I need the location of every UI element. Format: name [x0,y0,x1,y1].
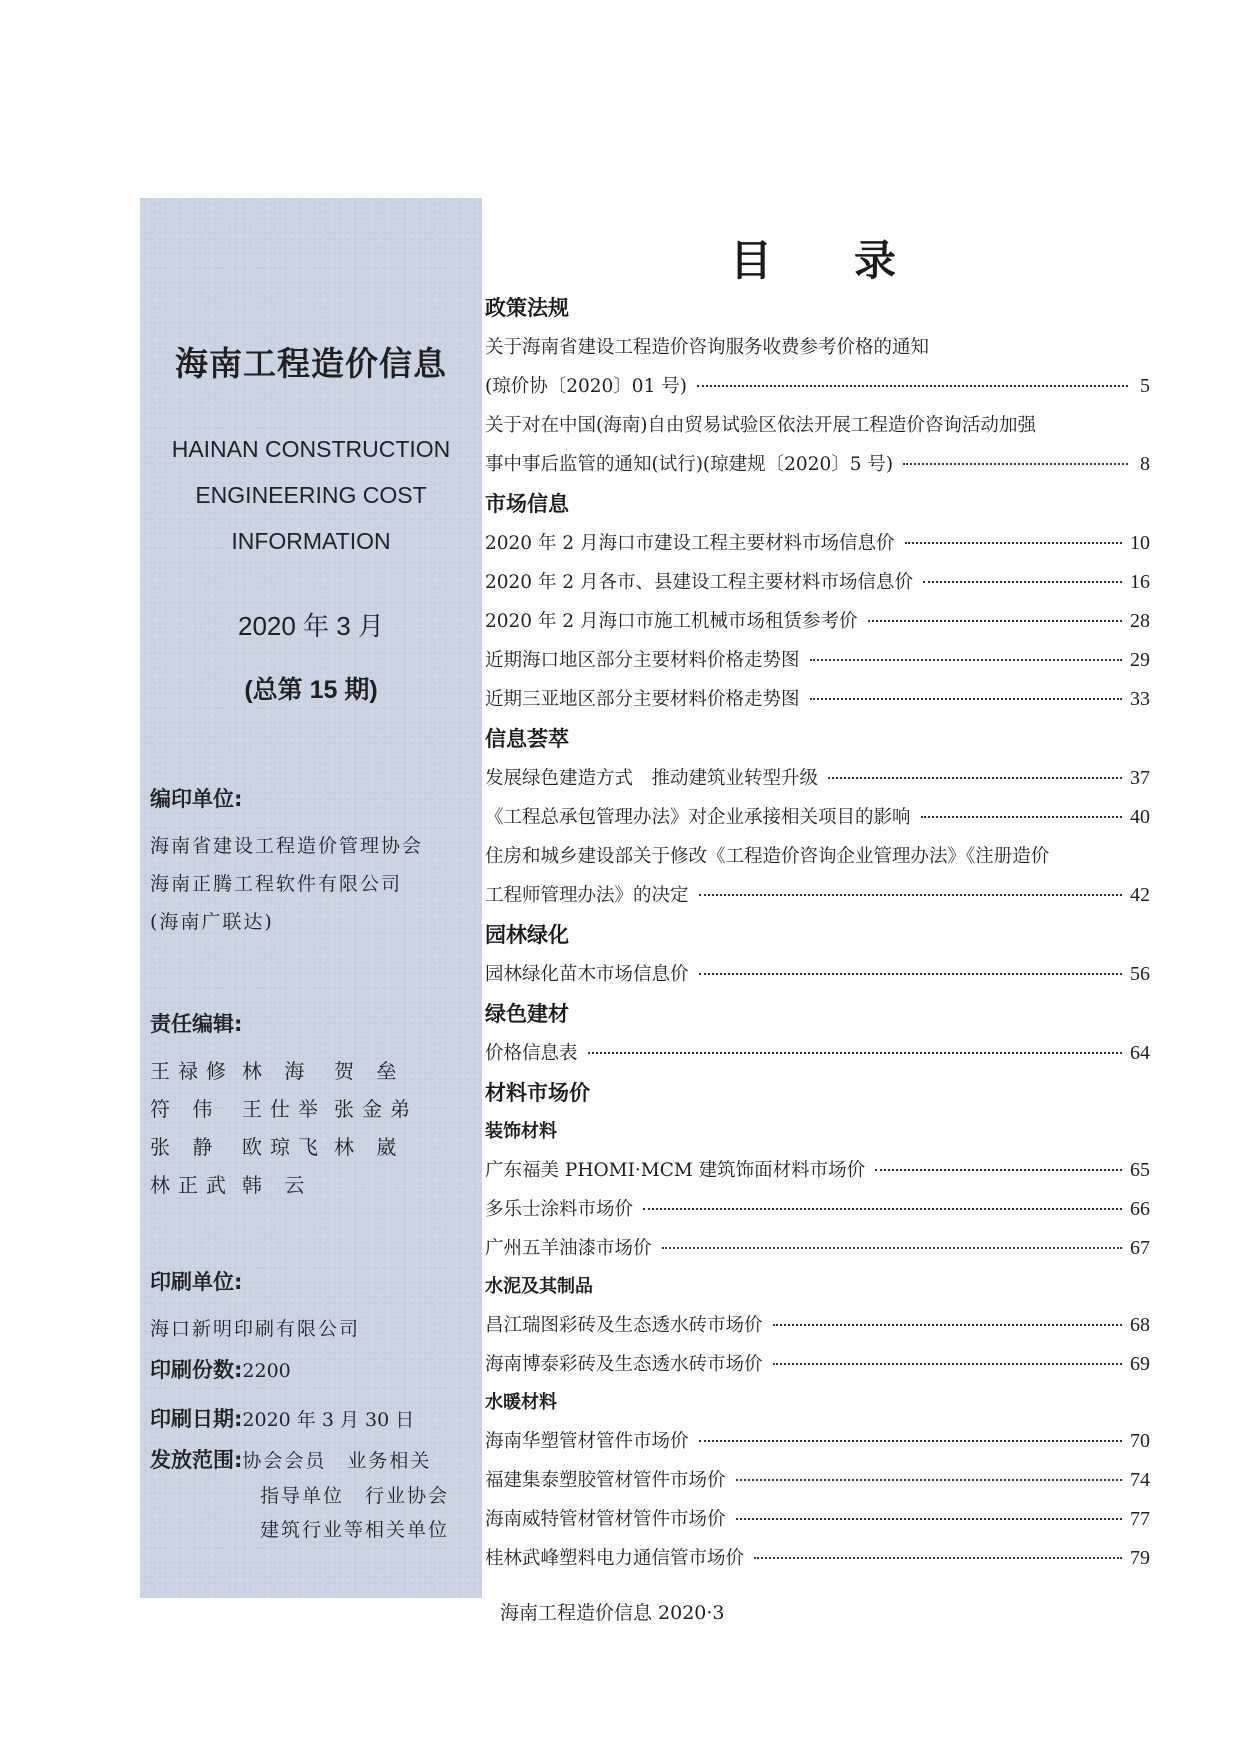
publisher-line: 海南省建设工程造价管理协会 [150,827,476,865]
page-number: 5 [1136,367,1150,406]
page-number: 37 [1130,759,1150,798]
toc-entry-title: 《工程总承包管理办法》对企业承接相关项目的影响 [485,798,911,837]
toc-entry[interactable]: 2020 年 2 月海口市施工机械市场租赁参考价 28 [485,602,1150,641]
page-number: 77 [1130,1500,1150,1539]
toc-entry-title: 海南威特管材管材管件市场价 [485,1500,726,1539]
toc-entry-title: 广州五羊油漆市场价 [485,1229,652,1268]
section-heading: 绿色建材 [485,994,1150,1034]
section-heading: 园林绿化 [485,915,1150,955]
distribution-line: 协会会员 业务相关 [242,1450,431,1472]
editors-label: 责任编辑: [150,1008,476,1038]
toc-entry-title: 2020 年 2 月各市、县建设工程主要材料市场信息价 [485,563,913,602]
editor-names: 王禄修 林 海 贺 垒 符 伟 王仕举 张金弟 张 静 欧琼飞 林 崴 林正武 … [150,1052,476,1204]
toc-entry[interactable]: 近期三亚地区部分主要材料价格走势图 33 [485,680,1150,719]
distribution-label: 发放范围: [150,1448,242,1472]
magazine-title-en: HAINAN CONSTRUCTION ENGINEERING COST INF… [140,426,482,564]
dot-leader [868,620,1123,622]
page-number: 67 [1130,1229,1150,1268]
page-footer: 海南工程造价信息 2020·3 [500,1598,725,1625]
title-en-line: HAINAN CONSTRUCTION [140,426,482,472]
copies-label: 印刷份数: [150,1358,242,1382]
subsection-heading: 装饰材料 [485,1113,1150,1151]
page-number: 42 [1130,876,1150,915]
page-number: 74 [1130,1461,1150,1500]
toc-entry-title: 近期三亚地区部分主要材料价格走势图 [485,680,800,719]
page-number: 10 [1130,524,1150,563]
dot-leader [736,1518,1122,1520]
toc-entry-title: 事中事后监管的通知(试行)(琼建规〔2020〕5 号) [485,445,893,484]
toc-page: 海南工程造价信息 HAINAN CONSTRUCTION ENGINEERING… [0,0,1240,1753]
toc-entry[interactable]: 海南华塑管材管件市场价 70 [485,1422,1150,1461]
printer-label: 印刷单位: [150,1266,476,1296]
editor-name: 林 海 [242,1052,334,1090]
subsection-heading: 水暖材料 [485,1384,1150,1422]
toc-entry-title: 2020 年 2 月海口市施工机械市场租赁参考价 [485,602,858,641]
page-number: 65 [1130,1151,1150,1190]
page-number: 56 [1130,955,1150,994]
toc-entry-title: 多乐士涂料市场价 [485,1190,633,1229]
section-heading: 材料市场价 [485,1073,1150,1113]
toc-entry[interactable]: 《工程总承包管理办法》对企业承接相关项目的影响 40 [485,798,1150,837]
toc-entry-line[interactable]: 关于对在中国(海南)自由贸易试验区依法开展工程造价咨询活动加强 [485,406,1150,445]
toc-entry[interactable]: 海南威特管材管材管件市场价 77 [485,1500,1150,1539]
toc-entry-title: 福建集泰塑胶管材管件市场价 [485,1461,726,1500]
dot-leader [828,777,1122,779]
toc-title: 目录 [730,228,978,288]
subsection-heading: 水泥及其制品 [485,1268,1150,1306]
printer-name: 海口新明印刷有限公司 [150,1310,476,1348]
page-number: 29 [1130,641,1150,680]
editors-block: 责任编辑: 王禄修 林 海 贺 垒 符 伟 王仕举 张金弟 张 静 欧琼飞 林 … [150,1008,476,1204]
toc-entry[interactable]: 昌江瑞图彩砖及生态透水砖市场价 68 [485,1306,1150,1345]
toc-entry-title: 价格信息表 [485,1034,578,1073]
editor-name: 欧琼飞 [242,1128,334,1166]
toc-entry[interactable]: 广州五羊油漆市场价 67 [485,1229,1150,1268]
dot-leader [905,542,1123,544]
editor-name: 符 伟 [150,1090,242,1128]
toc-entry[interactable]: 海南博泰彩砖及生态透水砖市场价 69 [485,1345,1150,1384]
issue-date: 2020 年 3 月 [140,606,482,643]
print-date-label: 印刷日期: [150,1407,242,1431]
toc-entry-title: 近期海口地区部分主要材料价格走势图 [485,641,800,680]
dot-leader [903,463,1128,465]
dot-leader [773,1324,1122,1326]
title-en-line: INFORMATION [140,518,482,564]
publisher-line: (海南广联达) [150,903,476,941]
editor-name: 林 崴 [334,1128,426,1166]
publisher-block: 编印单位: 海南省建设工程造价管理协会 海南正腾工程软件有限公司 (海南广联达) [150,783,476,941]
toc-entry[interactable]: 园林绿化苗木市场信息价 56 [485,955,1150,994]
masthead-panel: 海南工程造价信息 HAINAN CONSTRUCTION ENGINEERING… [140,198,482,1598]
distribution-line: 指导单位 行业协会 [150,1479,476,1513]
magazine-title-cn: 海南工程造价信息 [140,338,482,385]
dot-leader [810,698,1122,700]
toc-entry[interactable]: 2020 年 2 月各市、县建设工程主要材料市场信息价 16 [485,563,1150,602]
toc-entry-title: 海南博泰彩砖及生态透水砖市场价 [485,1345,763,1384]
page-number: 70 [1130,1422,1150,1461]
toc-entry-title: 园林绿化苗木市场信息价 [485,955,689,994]
page-number: 66 [1130,1190,1150,1229]
page-number: 64 [1130,1034,1150,1073]
toc-entry-line[interactable]: 关于海南省建设工程造价咨询服务收费参考价格的通知 [485,328,1150,367]
page-number: 68 [1130,1306,1150,1345]
page-number: 40 [1130,798,1150,837]
editor-name: 张 静 [150,1128,242,1166]
page-number: 33 [1130,680,1150,719]
copies-value: 2200 [242,1360,290,1382]
print-date-value: 2020 年 3 月 30 日 [242,1409,414,1431]
dot-leader [699,894,1122,896]
toc-entry[interactable]: 2020 年 2 月海口市建设工程主要材料市场信息价 10 [485,524,1150,563]
dot-leader [697,385,1128,387]
page-number: 28 [1130,602,1150,641]
section-heading: 市场信息 [485,484,1150,524]
dot-leader [754,1557,1122,1559]
toc-entry[interactable]: 工程师管理办法》的决定 42 [485,876,1150,915]
editor-name: 贺 垒 [334,1052,426,1090]
toc-entry[interactable]: 近期海口地区部分主要材料价格走势图 29 [485,641,1150,680]
issue-number: (总第 15 期) [140,670,482,706]
toc-entry[interactable]: 广东福美 PHOMI·MCM 建筑饰面材料市场价 65 [485,1151,1150,1190]
distribution-line: 建筑行业等相关单位 [150,1513,476,1547]
page-number: 69 [1130,1345,1150,1384]
toc-entry-title: 2020 年 2 月海口市建设工程主要材料市场信息价 [485,524,895,563]
print-details: 印刷份数:2200 印刷日期:2020 年 3 月 30 日 [150,1346,476,1444]
toc-entry-title: 发展绿色建造方式 推动建筑业转型升级 [485,759,818,798]
distribution-block: 发放范围:协会会员 业务相关 指导单位 行业协会 建筑行业等相关单位 [150,1443,476,1547]
dot-leader [699,1440,1122,1442]
section-heading: 政策法规 [485,288,1150,328]
toc-entry-title: 工程师管理办法》的决定 [485,876,689,915]
publisher-line: 海南正腾工程软件有限公司 [150,865,476,903]
toc-entry-title: 海南华塑管材管件市场价 [485,1422,689,1461]
toc-entry[interactable]: 桂林武峰塑料电力通信管市场价 79 [485,1539,1150,1578]
editor-name: 张金弟 [334,1090,426,1128]
dot-leader [921,816,1122,818]
toc-entry-line[interactable]: 住房和城乡建设部关于修改《工程造价咨询企业管理办法》《注册造价 [485,837,1150,876]
editor-name: 王仕举 [242,1090,334,1128]
table-of-contents: 政策法规 关于海南省建设工程造价咨询服务收费参考价格的通知 (琼价协〔2020〕… [485,288,1150,1578]
toc-entry[interactable]: 发展绿色建造方式 推动建筑业转型升级 37 [485,759,1150,798]
printer-block: 印刷单位: 海口新明印刷有限公司 [150,1266,476,1348]
editor-name: 韩 云 [242,1166,334,1204]
dot-leader [699,973,1122,975]
dot-leader [773,1363,1122,1365]
toc-entry-title: 昌江瑞图彩砖及生态透水砖市场价 [485,1306,763,1345]
toc-entry[interactable]: 福建集泰塑胶管材管件市场价 74 [485,1461,1150,1500]
dot-leader [875,1169,1122,1171]
dot-leader [662,1247,1122,1249]
editor-name: 王禄修 [150,1052,242,1090]
page-number: 16 [1130,563,1150,602]
toc-entry[interactable]: (琼价协〔2020〕01 号) 5 [485,367,1150,406]
publisher-label: 编印单位: [150,783,476,813]
toc-entry-title: 桂林武峰塑料电力通信管市场价 [485,1539,744,1578]
toc-entry[interactable]: 价格信息表 64 [485,1034,1150,1073]
toc-entry-title: (琼价协〔2020〕01 号) [485,367,687,406]
dot-leader [810,659,1122,661]
dot-leader [643,1208,1122,1210]
page-number: 8 [1136,445,1150,484]
dot-leader [923,581,1122,583]
editor-name: 林正武 [150,1166,242,1204]
toc-entry[interactable]: 事中事后监管的通知(试行)(琼建规〔2020〕5 号) 8 [485,445,1150,484]
toc-entry-title: 广东福美 PHOMI·MCM 建筑饰面材料市场价 [485,1151,865,1190]
print-date-row: 印刷日期:2020 年 3 月 30 日 [150,1395,476,1444]
page-number: 79 [1130,1539,1150,1578]
dot-leader [736,1479,1122,1481]
section-heading: 信息荟萃 [485,719,1150,759]
dot-leader [588,1052,1122,1054]
title-en-line: ENGINEERING COST [140,472,482,518]
toc-entry[interactable]: 多乐士涂料市场价 66 [485,1190,1150,1229]
copies-row: 印刷份数:2200 [150,1346,476,1395]
